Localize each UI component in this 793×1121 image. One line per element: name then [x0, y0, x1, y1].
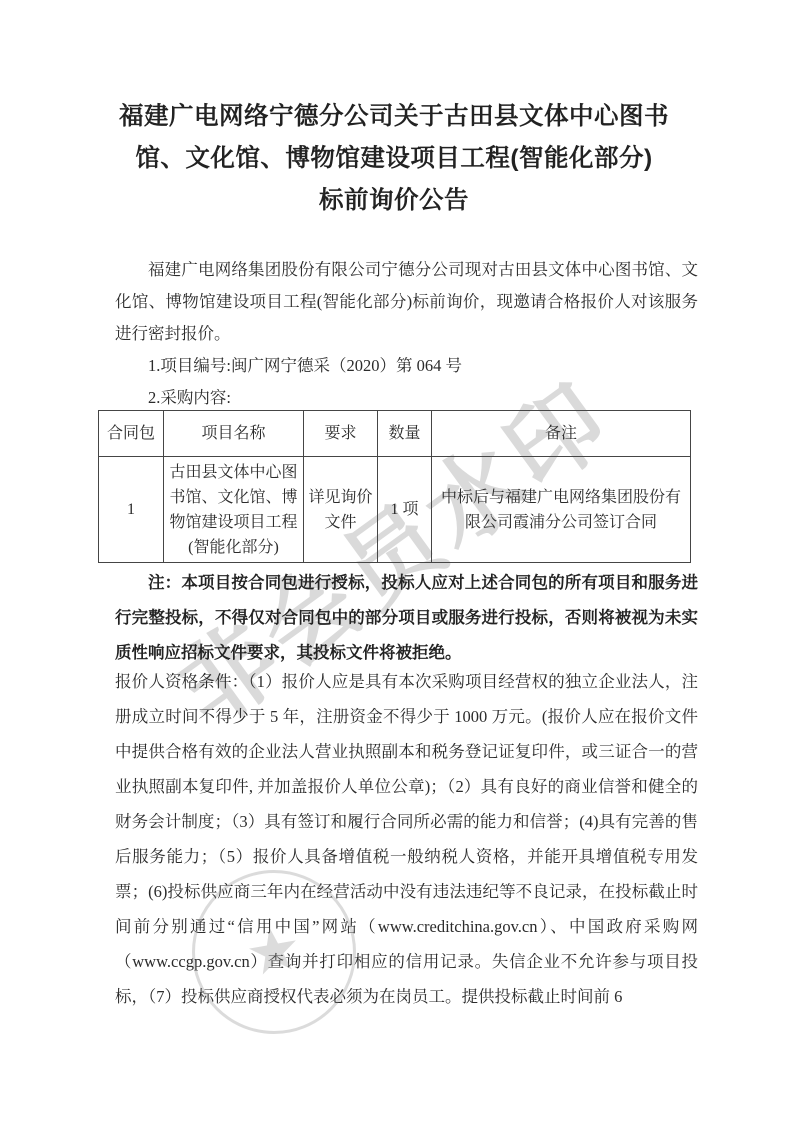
- cell-project-name: 古田县文体中心图书馆、文化馆、博物馆建设项目工程(智能化部分): [164, 457, 304, 563]
- project-number-line: 1.项目编号:闽广网宁德采（2020）第 064 号: [115, 350, 698, 382]
- title-line-1: 福建广电网络宁德分公司关于古田县文体中心图书: [98, 96, 690, 138]
- document-page: 福建广电网络宁德分公司关于古田县文体中心图书 馆、文化馆、博物馆建设项目工程(智…: [0, 96, 793, 1014]
- col-header-quantity: 数量: [378, 411, 432, 457]
- col-header-package: 合同包: [99, 411, 164, 457]
- procurement-table: 合同包 项目名称 要求 数量 备注 1 古田县文体中心图书馆、文化馆、博物馆建设…: [98, 410, 691, 563]
- cell-package: 1: [99, 457, 164, 563]
- qualifications-paragraph: 报价人资格条件：（1）报价人应是具有本次采购项目经营权的独立企业法人，注册成立时…: [115, 664, 698, 1014]
- document-title: 福建广电网络宁德分公司关于古田县文体中心图书 馆、文化馆、博物馆建设项目工程(智…: [98, 96, 690, 222]
- cell-requirement: 详见询价文件: [304, 457, 378, 563]
- col-header-remark: 备注: [432, 411, 691, 457]
- table-header-row: 合同包 项目名称 要求 数量 备注: [99, 411, 691, 457]
- table-row: 1 古田县文体中心图书馆、文化馆、博物馆建设项目工程(智能化部分) 详见询价文件…: [99, 457, 691, 563]
- col-header-requirement: 要求: [304, 411, 378, 457]
- note-paragraph: 注：本项目按合同包进行授标，投标人应对上述合同包的所有项目和服务进行完整投标，不…: [115, 565, 698, 670]
- cell-quantity: 1 项: [378, 457, 432, 563]
- intro-paragraph: 福建广电网络集团股份有限公司宁德分公司现对古田县文体中心图书馆、文化馆、博物馆建…: [115, 254, 698, 350]
- title-line-3: 标前询价公告: [98, 180, 690, 222]
- cell-remark: 中标后与福建广电网络集团股份有限公司霞浦分公司签订合同: [432, 457, 691, 563]
- title-line-2: 馆、文化馆、博物馆建设项目工程(智能化部分): [98, 138, 690, 180]
- col-header-project-name: 项目名称: [164, 411, 304, 457]
